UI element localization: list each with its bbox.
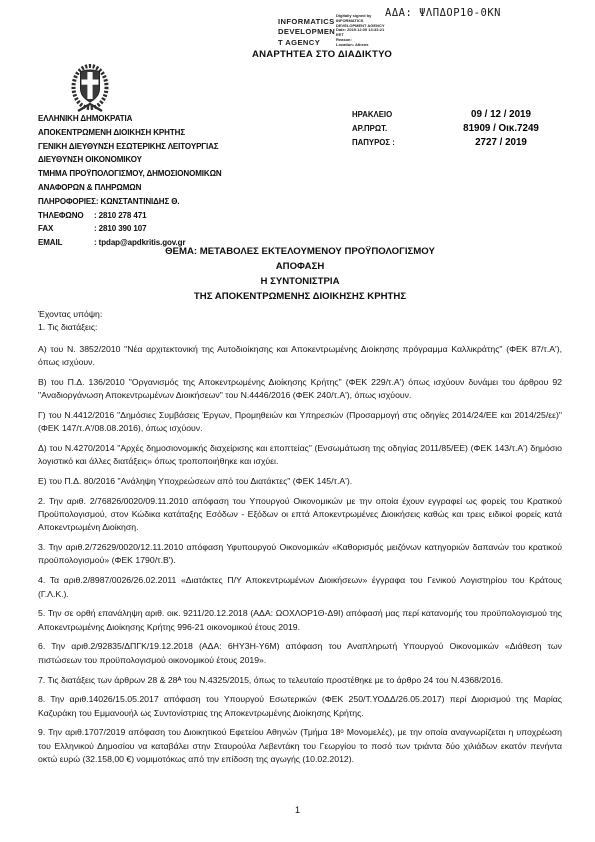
- body-paragraph: Β) του Π.Δ. 136/2010 "Οργανισμός της Απο…: [38, 376, 562, 403]
- body-paragraph: 2. Την αριθ. 2/76826/0020/09.11.2010 από…: [38, 495, 562, 535]
- org-line: ΤΜΗΜΑ ΠΡΟΫΠΟΛΟΓΙΣΜΟΥ, ΔΗΜΟΣΙΟΝΟΜΙΚΩΝ: [38, 167, 222, 181]
- protocol-value: 09 / 12 / 2019: [440, 109, 562, 120]
- org-line: ΑΝΑΦΟΡΩΝ & ΠΛΗΡΩΜΩΝ: [38, 181, 222, 195]
- body-paragraph: Α) του Ν. 3852/2010 "Νέα αρχιτεκτονική τ…: [38, 343, 562, 370]
- body-paragraph: 3. Την αριθ.2/72629/0020/12.11.2010 απόφ…: [38, 541, 562, 568]
- org-line: ΠΛΗΡΟΦΟΡΙΕΣ: ΚΩΝΣΤΑΝΤΙΝΙΔΗΣ Θ.: [38, 195, 222, 209]
- document-body: ΘΕΜΑ: ΜΕΤΑΒΟΛΕΣ ΕΚΤΕΛΟΥΜΕΝΟΥ ΠΡΟΫΠΟΛΟΓΙΣ…: [38, 246, 562, 773]
- issuer-heading: ΤΗΣ ΑΠΟΚΕΝΤΡΩΜΕΝΗΣ ΔΙΟΙΚΗΣΗΣ ΚΡΗΤΗΣ: [38, 291, 562, 303]
- subject-heading: ΘΕΜΑ: ΜΕΤΑΒΟΛΕΣ ΕΚΤΕΛΟΥΜΕΝΟΥ ΠΡΟΫΠΟΛΟΓΙΣ…: [38, 246, 562, 258]
- contact-row-fax: FAX: 2810 390 107: [38, 222, 222, 236]
- stamp-agency-line: DEVELOPMEN: [278, 27, 335, 37]
- org-line: ΓΕΝΙΚΗ ΔΙΕΥΘΥΝΣΗ ΕΣΩΤΕΡΙΚΗΣ ΛΕΙΤΟΥΡΓΙΑΣ: [38, 140, 222, 154]
- digital-signature-details: Digitally signed by INFORMATICS DEVELOPM…: [336, 14, 426, 48]
- protocol-row-number: ΑΡ.ΠΡΩΤ. 81909 / Οικ.7249: [352, 123, 562, 137]
- contact-value: : 2810 278 471: [94, 211, 146, 220]
- page-number: 1: [0, 805, 595, 815]
- protocol-label: ΗΡΑΚΛΕΙΟ: [352, 110, 440, 119]
- body-paragraph: 5. Την σε ορθή επανάληψη αριθ. οικ. 9211…: [38, 607, 562, 634]
- body-paragraph: 9. Την αριθ.1707/2019 απόφαση του Διοικη…: [38, 726, 562, 766]
- decision-heading: ΑΠΟΦΑΣΗ: [38, 261, 562, 273]
- org-line: ΔΙΕΥΘΥΝΣΗ ΟΙΚΟΝΟΜΙΚΟΥ: [38, 153, 222, 167]
- body-paragraph: Γ) του Ν.4412/2016 "Δημόσιες Συμβάσεις Έ…: [38, 409, 562, 436]
- contact-label: ΤΗΛΕΦΩΝΟ: [38, 209, 94, 223]
- protocol-label: ΑΡ.ΠΡΩΤ.: [352, 124, 440, 133]
- org-line: ΕΛΛΗΝΙΚΗ ΔΗΜΟΚΡΑΤΙΑ: [38, 112, 222, 126]
- protocol-value: 2727 / 2019: [440, 137, 562, 148]
- digital-signature-stamp-agency: INFORMATICS DEVELOPMEN T AGENCY: [278, 17, 335, 48]
- body-paragraph: 8. Την αριθ.14026/15.05.2017 απόφαση του…: [38, 693, 562, 720]
- protocol-label: ΠΑΠΥΡΟΣ :: [352, 138, 440, 147]
- body-paragraph: Ε) του Π.Δ. 80/2016 "Ανάληψη Υποχρεώσεων…: [38, 475, 562, 488]
- protocol-block: ΗΡΑΚΛΕΙΟ 09 / 12 / 2019 ΑΡ.ΠΡΩΤ. 81909 /…: [352, 109, 562, 150]
- greek-coat-of-arms-icon: [65, 61, 115, 117]
- org-line: ΑΠΟΚΕΝΤΡΩΜΕΝΗ ΔΙΟΙΚΗΣΗ ΚΡΗΤΗΣ: [38, 126, 222, 140]
- internet-posting-notice: ΑΝΑΡΤΗΤΕΑ ΣΤΟ ΔΙΑΔΙΚΤΥΟ: [252, 49, 392, 60]
- signature-detail-line: Location: Athens: [336, 43, 426, 48]
- protocol-row-place-date: ΗΡΑΚΛΕΙΟ 09 / 12 / 2019: [352, 109, 562, 123]
- protocol-row-papyros: ΠΑΠΥΡΟΣ : 2727 / 2019: [352, 137, 562, 151]
- document-page: ΑΔΑ: ΨΛΠΔΟΡ1Θ-0ΚΝ INFORMATICS DEVELOPMEN…: [0, 0, 595, 842]
- contact-label: FAX: [38, 222, 94, 236]
- stamp-agency-line: INFORMATICS: [278, 17, 335, 27]
- intro-line: 1. Τις διατάξεις:: [38, 321, 562, 334]
- body-paragraph: 6. Την αριθ.2/92835/ΔΠΓΚ/19.12.2018 (ΑΔΑ…: [38, 640, 562, 667]
- contact-row-phone: ΤΗΛΕΦΩΝΟ: 2810 278 471: [38, 209, 222, 223]
- contact-value: : 2810 390 107: [94, 224, 146, 233]
- body-paragraph: Δ) του Ν.4270/2014 "Αρχές δημοσιονομικής…: [38, 442, 562, 469]
- intro-line: Έχοντας υπόψη:: [38, 308, 562, 321]
- body-paragraph: 4. Τα αριθ.2/8987/0026/26.02.2011 «Διατά…: [38, 574, 562, 601]
- body-paragraph: 7. Τις διατάξεις των άρθρων 28 & 28ᴬ του…: [38, 674, 562, 687]
- issuing-authority-block: ΕΛΛΗΝΙΚΗ ΔΗΜΟΚΡΑΤΙΑ ΑΠΟΚΕΝΤΡΩΜΕΝΗ ΔΙΟΙΚΗ…: [38, 112, 222, 250]
- issuer-heading: Η ΣΥΝΤΟΝΙΣΤΡΙΑ: [38, 276, 562, 288]
- stamp-agency-line: T AGENCY: [278, 38, 335, 48]
- protocol-value: 81909 / Οικ.7249: [440, 123, 562, 134]
